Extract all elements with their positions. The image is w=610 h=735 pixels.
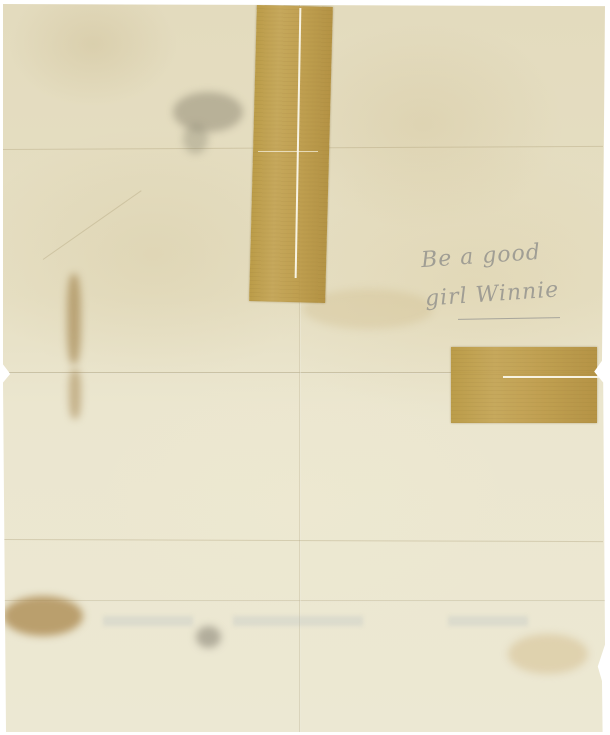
- handwritten-underline: [458, 317, 560, 320]
- rust-stain: [67, 274, 81, 364]
- paper-tear: [503, 376, 603, 378]
- rust-stain: [3, 596, 83, 636]
- show-through-text: [448, 616, 528, 626]
- show-through-text: [103, 616, 193, 626]
- show-through-text: [233, 616, 363, 626]
- grey-spot: [196, 626, 221, 648]
- crease: [43, 190, 142, 260]
- adhesive-tape-horizontal: [451, 347, 597, 423]
- crease: [3, 539, 603, 542]
- handwritten-note-line2: girl Winnie: [424, 277, 560, 311]
- paper-tear-horizontal: [258, 151, 318, 152]
- paper-sheet: Be a good girl Winnie: [3, 4, 605, 732]
- horizontal-fold-lower: [3, 600, 605, 602]
- rust-stain: [69, 369, 81, 419]
- ink-stain: [173, 92, 243, 132]
- age-stain: [508, 634, 588, 674]
- adhesive-tape-vertical: [249, 5, 333, 303]
- ink-stain-drip: [183, 124, 208, 154]
- handwritten-note-line1: Be a good: [420, 240, 541, 273]
